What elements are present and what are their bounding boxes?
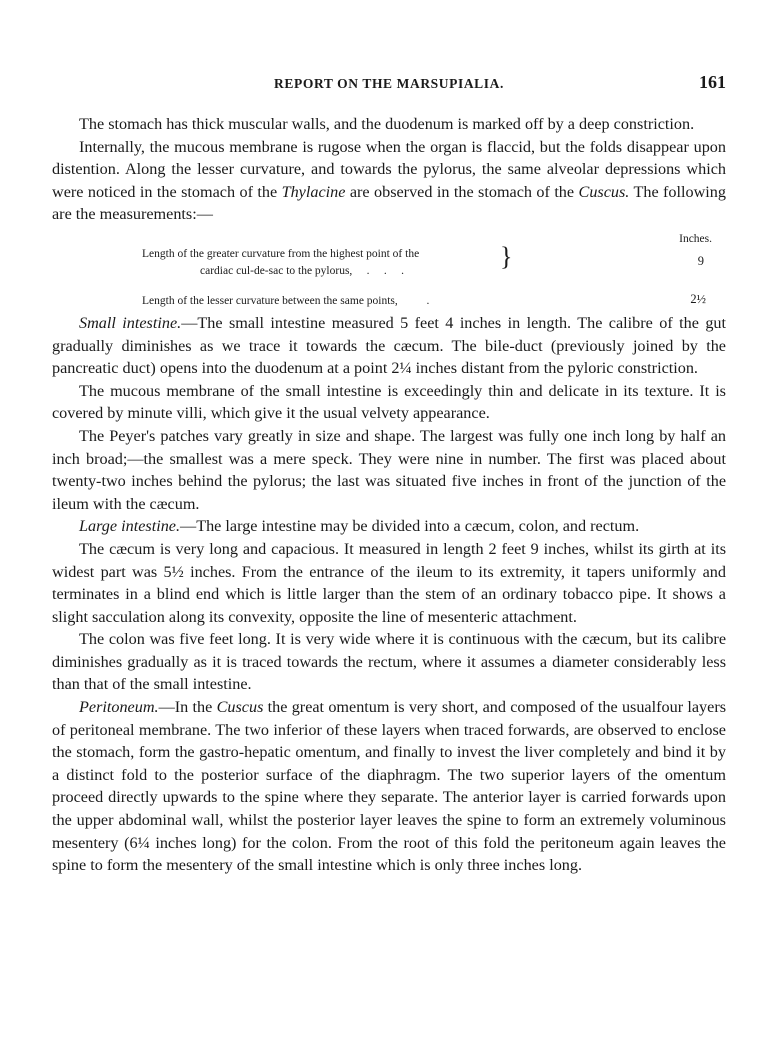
section-heading-small-intestine: Small intestine. [79,314,181,332]
row-2-value: 2½ [690,288,706,311]
paragraph-small-intestine-mucous: The mucous membrane of the small intesti… [52,380,726,425]
unit-header: Inches. [679,228,712,251]
paragraph-small-intestine: Small intestine.—The small intestine mea… [52,312,726,380]
running-title: REPORT ON THE MARSUPIALIA. [52,76,726,92]
measurements-table: Inches. Length of the greater curvature … [52,226,726,312]
paragraph-stomach-walls: The stomach has thick muscular walls, an… [52,113,726,136]
paragraph-caecum: The cæcum is very long and capacious. It… [52,538,726,628]
section-heading-large-intestine: Large intestine. [79,517,180,535]
body-text: The stomach has thick muscular walls, an… [52,113,726,877]
section-heading-peritoneum: Peritoneum. [79,698,159,716]
species-cuscus-2: Cuscus [217,698,264,716]
paragraph-colon: The colon was five feet long. It is very… [52,628,726,696]
paragraph-mucous-membrane: Internally, the mucous membrane is rugos… [52,136,726,226]
paragraph-peyers-patches: The Peyer's patches vary greatly in size… [52,425,726,515]
row-1-value: 9 [698,250,704,273]
page-header: REPORT ON THE MARSUPIALIA. 161 [52,72,726,96]
row-1-label-line-2: cardiac cul-de-sac to the pylorus, . . . [200,260,404,283]
paragraph-peritoneum: Peritoneum.—In the Cuscus the great omen… [52,696,726,877]
species-cuscus: Cuscus. [579,183,630,201]
page-number: 161 [699,72,726,93]
row-2-label: Length of the lesser curvature between t… [142,290,429,313]
brace-icon: } [500,244,512,270]
species-thylacine: Thylacine [282,183,346,201]
paragraph-large-intestine: Large intestine.—The large intestine may… [52,515,726,538]
